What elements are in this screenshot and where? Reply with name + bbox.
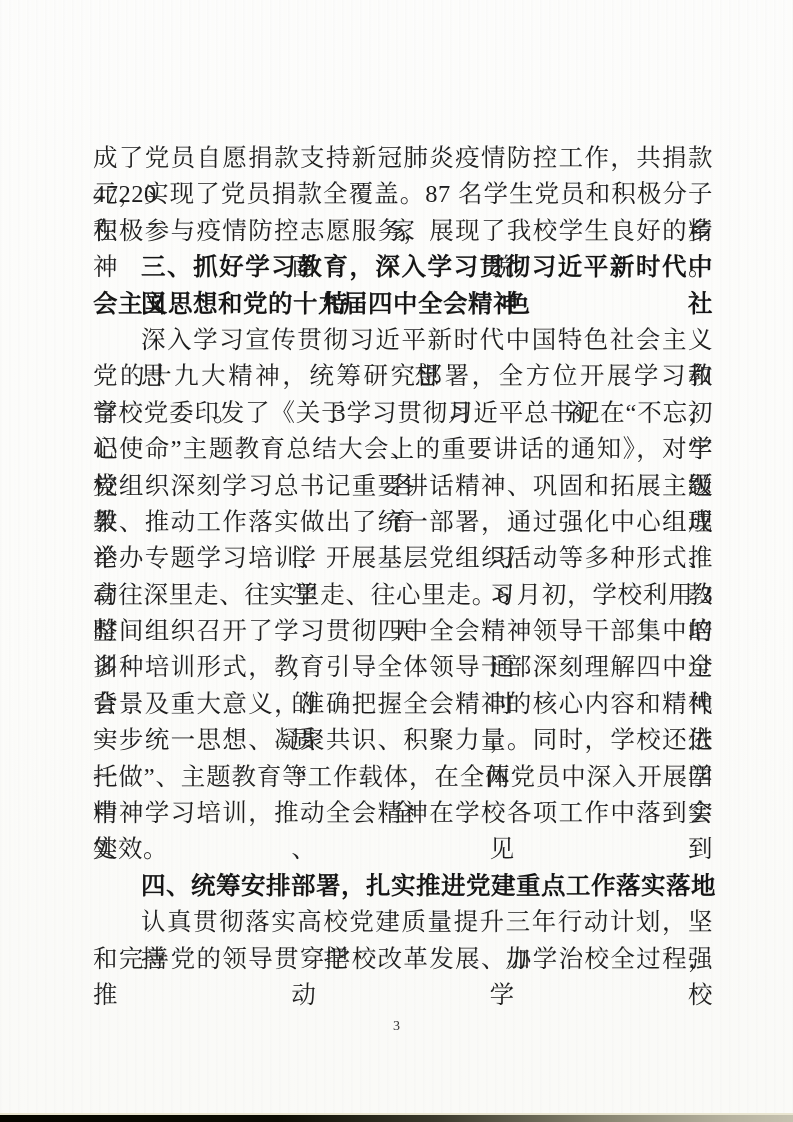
text-line: 深入学习宣传贯彻习近平新时代中国特色社会主义思想和 bbox=[93, 323, 713, 359]
text-line: 一步统一思想、凝聚共识、积聚力量。同时，学校还依托“两学 bbox=[93, 723, 713, 759]
page-footer: 3 bbox=[0, 1019, 793, 1035]
text-line: 精神学习培训，推动全会精神在学校各项工作中落到实处、见到 bbox=[93, 796, 713, 832]
paragraph: 深入学习宣传贯彻习近平新时代中国特色社会主义思想和党的十九大精神，统筹研究部署，… bbox=[93, 323, 713, 869]
text-line: 认真贯彻落实高校党建质量提升三年行动计划，坚持把加强 bbox=[93, 905, 713, 941]
text-line: 背景及重大意义，准确把握全会精神的核心内容和精神实质，进 bbox=[93, 687, 713, 723]
document-text-column: 成了党员自愿捐款支持新冠肺炎疫情防控工作，共捐款 47220元，实现了党员捐款全… bbox=[93, 141, 713, 978]
text-line: 和完善党的领导贯穿学校改革发展、办学治校全过程，推动学校 bbox=[93, 942, 713, 978]
text-line: 党的十九大精神，统筹研究部署，全方位开展学习教育。3 月初， bbox=[93, 359, 713, 395]
page-number: 3 bbox=[393, 1019, 400, 1034]
scan-bottom-edge-artifact bbox=[0, 1113, 793, 1122]
text-line: 多种培训形式，教育引导全体领导干部深刻理解四中全会的时代 bbox=[93, 650, 713, 686]
text-line: 学校党委印发了《关于学习贯彻习近平总书记在“不忘初心、牢 bbox=[93, 396, 713, 432]
section-heading: 四、统筹安排部署，扎实推进党建重点工作落实落地 bbox=[93, 869, 713, 905]
text-line: 一做”、主题教育等工作载体，在全体党员中深入开展四中全会 bbox=[93, 760, 713, 796]
paragraph: 认真贯彻落实高校党建质量提升三年行动计划，坚持把加强和完善党的领导贯穿学校改革发… bbox=[93, 905, 713, 978]
text-line: 果、推动工作落实做出了统一部署，通过强化中心组理论学习、 bbox=[93, 505, 713, 541]
text-line: 三、抓好学习教育，深入学习贯彻习近平新时代中国特色社 bbox=[93, 250, 713, 286]
text-line: 时间组织召开了学习贯彻四中全会精神领导干部集中培训，通过 bbox=[93, 614, 713, 650]
text-line: 举办专题学习培训、开展基层党组织活动等多种形式推动学习教 bbox=[93, 541, 713, 577]
text-line: 积极参与疫情防控志愿服务，展现了我校学生良好的精神面貌。 bbox=[93, 214, 713, 250]
section-heading: 三、抓好学习教育，深入学习贯彻习近平新时代中国特色社会主义思想和党的十九届四中全… bbox=[93, 250, 713, 323]
text-line: 党组织深刻学习总书记重要讲话精神、巩固和拓展主题教育成 bbox=[93, 469, 713, 505]
text-line: 四、统筹安排部署，扎实推进党建重点工作落实落地 bbox=[93, 869, 713, 905]
document-page: 成了党员自愿捐款支持新冠肺炎疫情防控工作，共捐款 47220元，实现了党员捐款全… bbox=[0, 0, 793, 1122]
paragraph-continuation: 成了党员自愿捐款支持新冠肺炎疫情防控工作，共捐款 47220元，实现了党员捐款全… bbox=[93, 141, 713, 250]
text-line: 元，实现了党员捐款全覆盖。87 名学生党员和积极分子在家乡 bbox=[93, 177, 713, 213]
text-line: 记使命”主题教育总结大会上的重要讲话的通知》，对学校各级 bbox=[93, 432, 713, 468]
text-line: 育往深里走、往实里走、往心里走。6 月初，学校利用 3 整天的 bbox=[93, 578, 713, 614]
text-line: 成了党员自愿捐款支持新冠肺炎疫情防控工作，共捐款 47220 bbox=[93, 141, 713, 177]
